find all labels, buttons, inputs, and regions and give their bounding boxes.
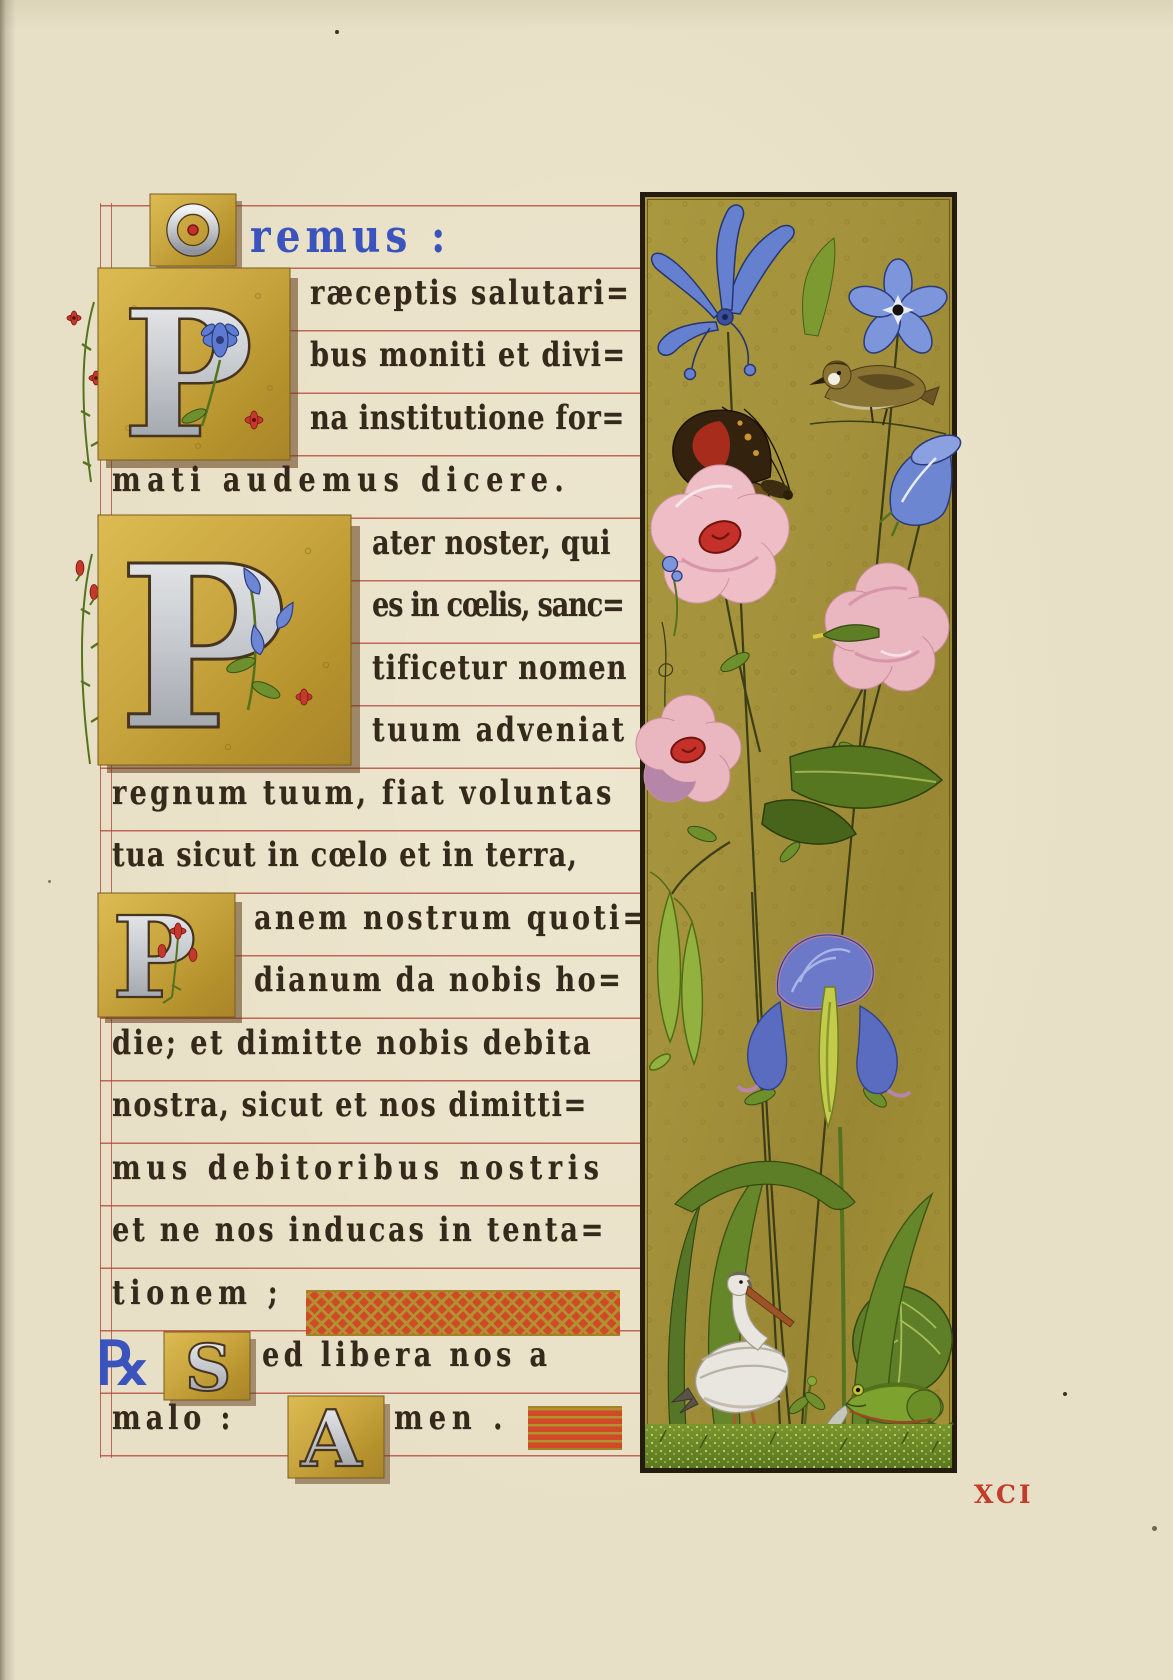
text-line: regnum tuum, fiat voluntas [112,776,615,810]
text-line: malo : [112,1401,235,1435]
text-line: mus debitoribus nostris [112,1151,605,1185]
illuminated-initial-a: A [288,1396,390,1484]
text-line: na institutione for= [310,401,625,435]
svg-text:P: P [112,893,196,1024]
text-line: ræceptis salutari= [310,276,631,310]
paper-speck [48,880,51,883]
text-line: ed libera nos a [262,1338,551,1372]
rubric-text: remus : [250,213,450,259]
text-line: et ne nos inducas in tenta= [112,1213,606,1247]
manuscript-page: remus : P [0,0,1173,1680]
text-line: tuum adveniat [372,713,627,747]
illuminated-initial-p2: P [98,515,360,773]
paper-speck [1152,1526,1157,1531]
svg-text:A: A [300,1394,363,1485]
illuminated-initial-p3: P [98,893,242,1025]
text-line: mati audemus dicere. [112,463,570,497]
text-line: ater noster, qui [372,526,611,560]
svg-text:P: P [122,273,254,478]
svg-text:S: S [185,1331,231,1406]
border-miniature-panel [640,192,957,1473]
illuminated-initial-o [150,194,242,272]
illuminated-initial-p1: P [98,268,298,468]
line-filler-ornament-lattice [306,1290,620,1336]
text-line: tificetur nomen [372,651,628,685]
text-line: die; et dimitte nobis debita [112,1026,593,1060]
text-line: es in cœlis, sanc= [372,588,624,622]
text-line: anem nostrum quoti= [254,901,649,935]
text-line: tua sicut in cœlo et in terra, [112,838,578,872]
line-filler-ornament-waves [528,1406,622,1450]
paper-speck [1063,1392,1067,1396]
illuminated-initial-s: S [164,1332,256,1406]
responsory-sign: ℞ [96,1334,150,1394]
text-line: dianum da nobis ho= [254,963,623,997]
page-number: XCI [974,1480,1034,1509]
text-line: tionem ; [112,1276,283,1310]
text-line: men . [394,1401,508,1435]
paper-speck [335,30,339,34]
grass [645,1424,952,1468]
text-line: nostra, sicut et nos dimitti= [112,1088,588,1122]
text-line: bus moniti et divi= [310,338,626,372]
